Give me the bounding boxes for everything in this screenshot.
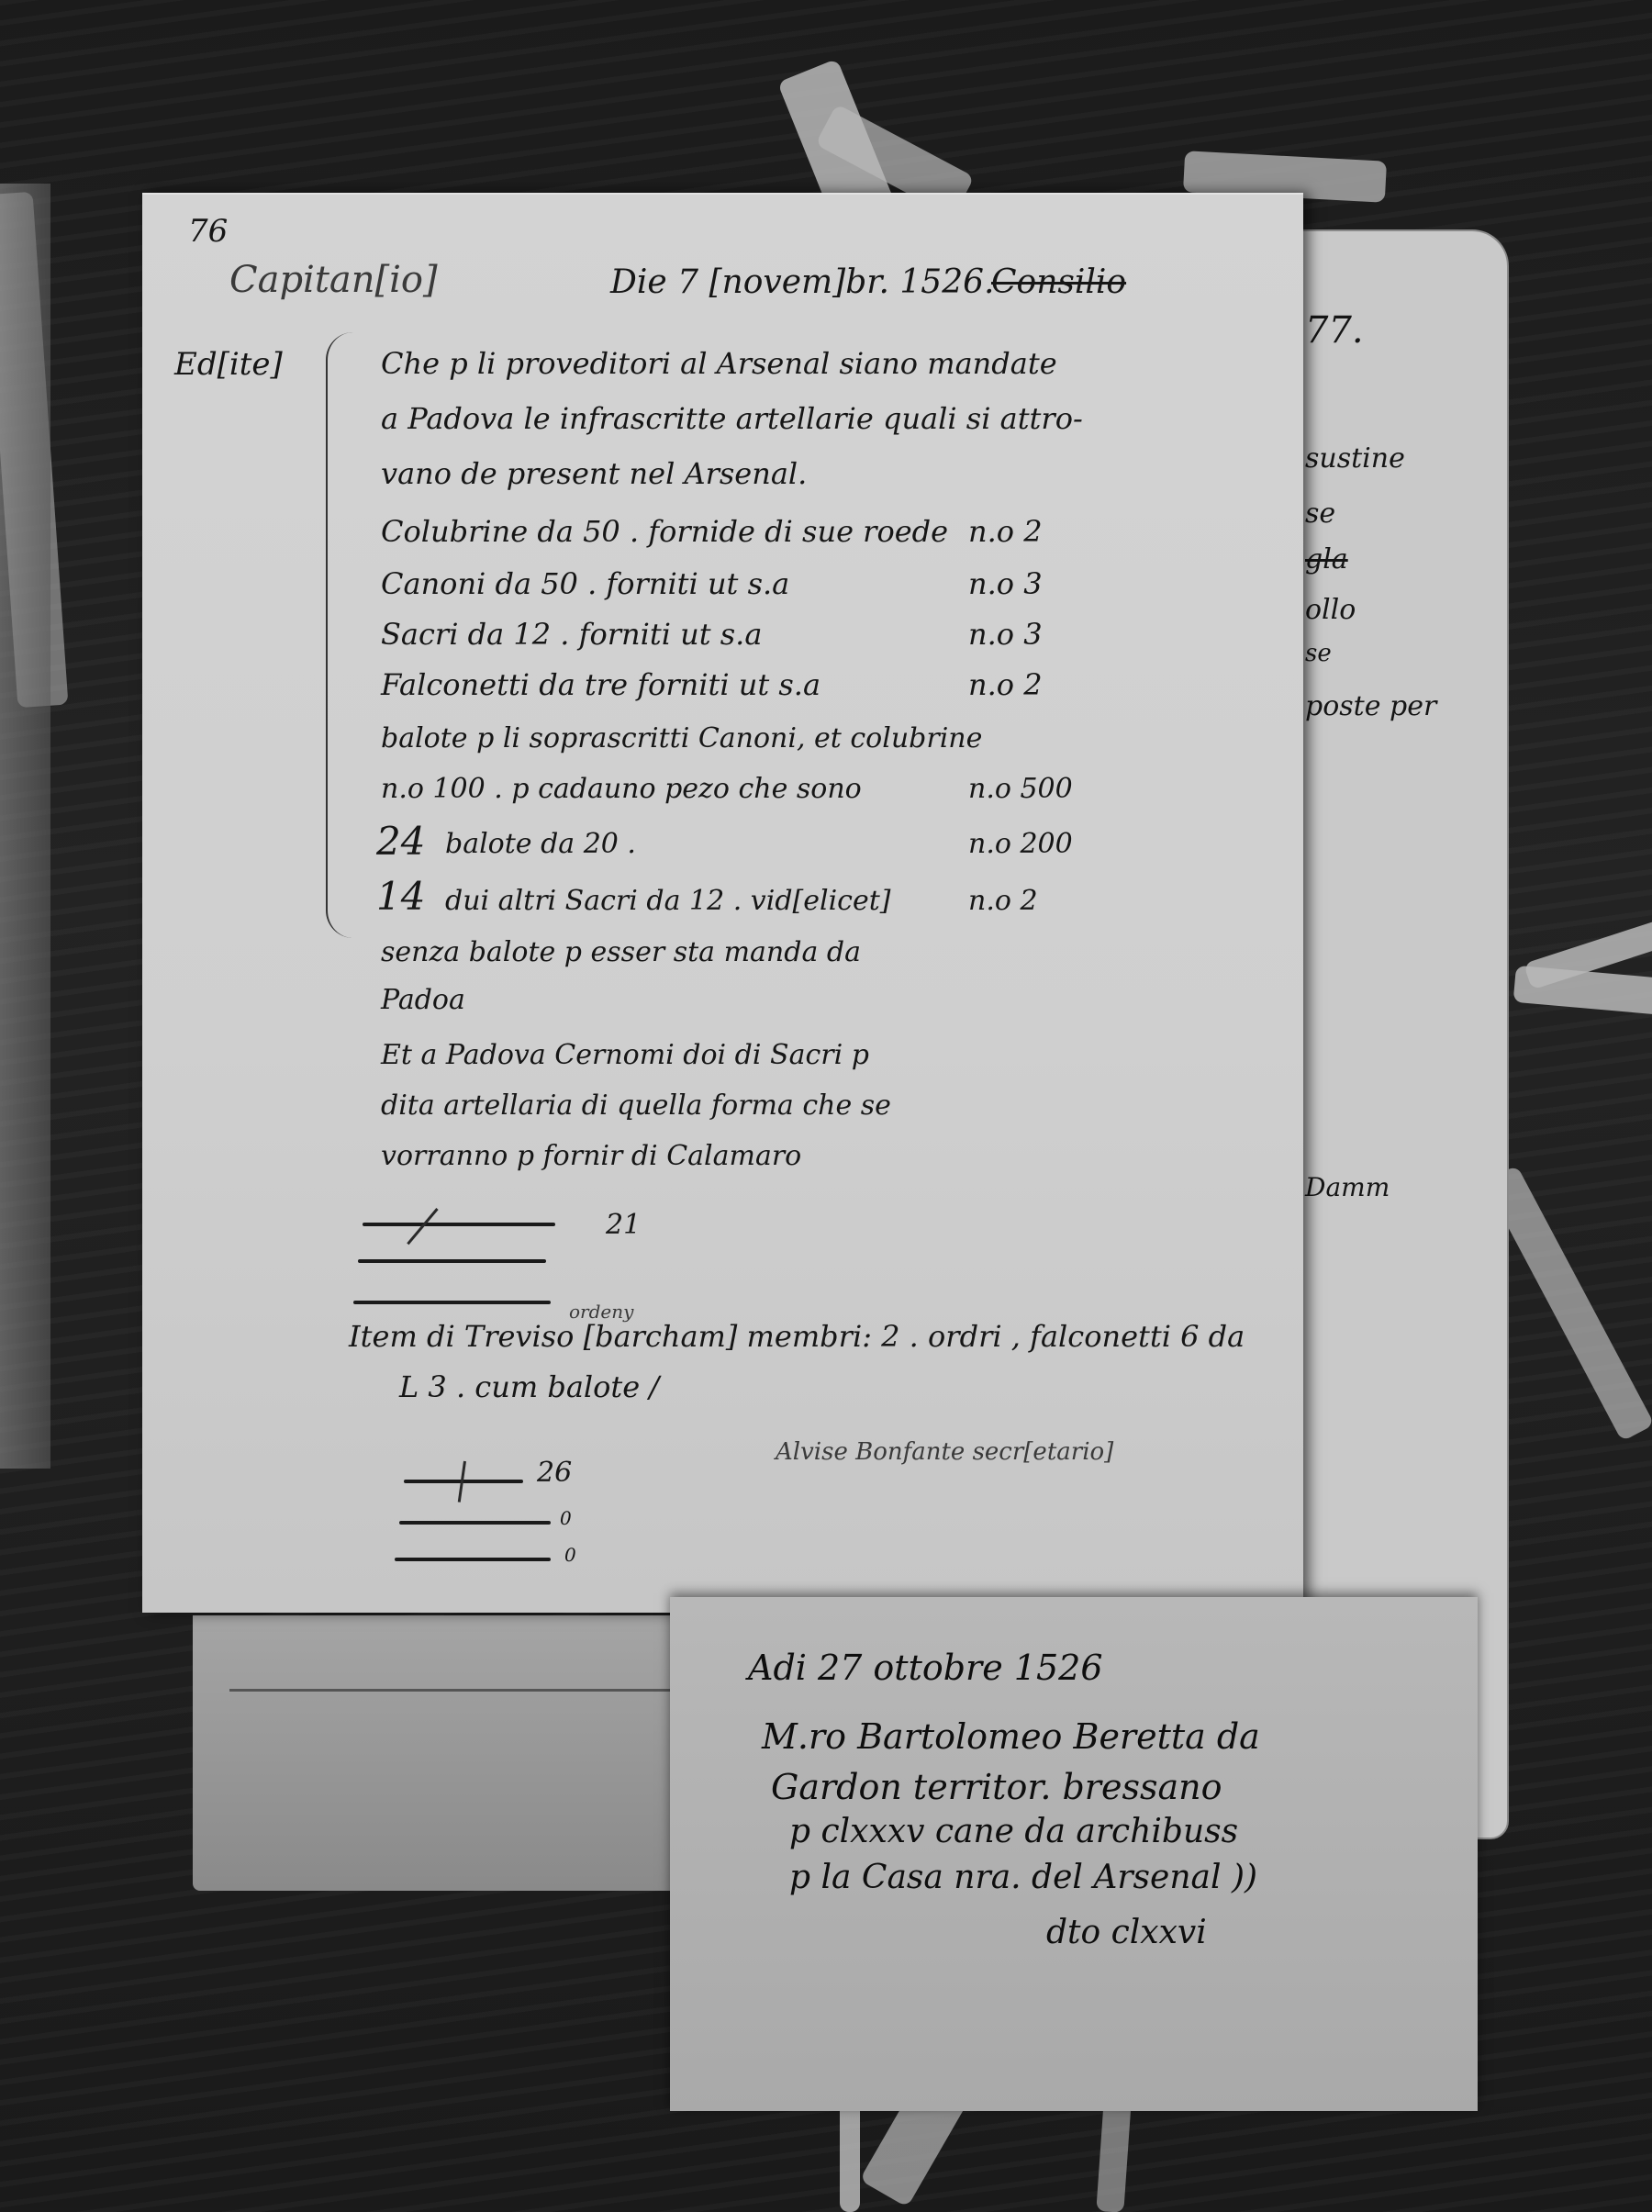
tally-against-count: 0 (560, 1507, 572, 1529)
neighbouring-folder (0, 184, 50, 1469)
label-line: M.ro Bartolomeo Beretta da (762, 1716, 1260, 1757)
heading-left: Capitan[io] (229, 259, 438, 301)
item-qty: n.o 2 (968, 667, 1043, 702)
main-manuscript-sheet: 76 Capitan[io] Die 7 [novem]br. 1526. Co… (142, 193, 1303, 1613)
margin-mark: Ed[ite] (174, 346, 283, 383)
item-text: balote p li soprascritti Canoni, et colu… (381, 722, 982, 754)
label-line: Gardon territor. bressano (771, 1767, 1222, 1807)
closing-line: Et a Padova Cernomi doi di Sacri p (381, 1039, 869, 1071)
tally-for-count: 26 (537, 1457, 572, 1489)
item-marginal-number: 24 (376, 819, 425, 864)
label-line: p clxxxv cane da archibuss (789, 1813, 1238, 1850)
item-qty: n.o 2 (968, 514, 1043, 549)
back-sheet-fragment: sustine (1305, 442, 1405, 475)
paper-stack-edge (193, 1615, 707, 1891)
label-line: dto clxxvi (1046, 1914, 1207, 1951)
amendment-line: Item di Treviso [barcham] membri: 2 . or… (349, 1319, 1245, 1354)
tally-line-against (358, 1259, 546, 1263)
heading-date: Die 7 [novem]br. 1526. (610, 263, 994, 301)
amendment-line: L 3 . cum balote / (399, 1369, 659, 1404)
item-text: dui altri Sacri da 12 . vid[elicet] (445, 885, 891, 917)
heading-right: Consilio (991, 263, 1126, 301)
closing-line: vorranno p fornir di Calamaro (381, 1140, 801, 1172)
back-sheet-fragment: se (1305, 497, 1335, 530)
tally-line-abstain (353, 1301, 551, 1304)
label-line: p la Casa nra. del Arsenal )) (789, 1859, 1257, 1896)
item-qty: n.o 2 (968, 885, 1038, 917)
back-sheet-fragment: gla (1305, 543, 1348, 575)
back-sheet-fragment: se (1305, 640, 1332, 667)
item-qty: n.o 500 (968, 773, 1073, 805)
item-qty: n.o 200 (968, 828, 1073, 860)
back-sheet-fragment: ollo (1305, 594, 1356, 626)
item-qty: n.o 3 (968, 617, 1043, 652)
item-text: Falconetti da tre forniti ut s.a (381, 667, 820, 702)
tally-line-abstain (395, 1558, 551, 1561)
secretary-signature: Alvise Bonfante secr[etario] (776, 1438, 1113, 1466)
tally-for-count: 21 (606, 1209, 641, 1241)
intro-line: Che p li proveditori al Arsenal siano ma… (381, 346, 1057, 381)
intro-line: a Padova le infrascritte artellarie qual… (381, 401, 1083, 436)
item-text: Colubrine da 50 . fornide di sue roede (381, 514, 948, 549)
label-slip: Adi 27 ottobre 1526 M.ro Bartolomeo Bere… (670, 1597, 1478, 2111)
item-text: Sacri da 12 . forniti ut s.a (381, 617, 762, 652)
margin-brace (326, 332, 383, 938)
closing-line: dita artellaria di quella forma che se (381, 1089, 891, 1122)
item-text: Padoa (381, 984, 465, 1016)
tally-line-against (399, 1521, 551, 1525)
tally-line-for (363, 1223, 555, 1226)
tally-strike (407, 1208, 438, 1245)
back-sheet-fragment: poste per (1305, 690, 1436, 722)
item-text: senza balote p esser sta manda da (381, 936, 861, 968)
tally-abstain-count: 0 (564, 1544, 576, 1566)
folio-number: 76 (188, 213, 228, 250)
back-sheet-fragment: Damm (1305, 1172, 1390, 1202)
intro-line: vano de present nel Arsenal. (381, 456, 807, 491)
back-sheet-folio-number: 77. (1305, 309, 1364, 352)
item-text: n.o 100 . p cadauno pezo che sono (381, 773, 862, 805)
label-date-line: Adi 27 ottobre 1526 (748, 1648, 1103, 1688)
item-text: balote da 20 . (445, 828, 636, 860)
item-marginal-number: 14 (376, 874, 425, 919)
item-text: Canoni da 50 . forniti ut s.a (381, 566, 789, 601)
item-qty: n.o 3 (968, 566, 1043, 601)
